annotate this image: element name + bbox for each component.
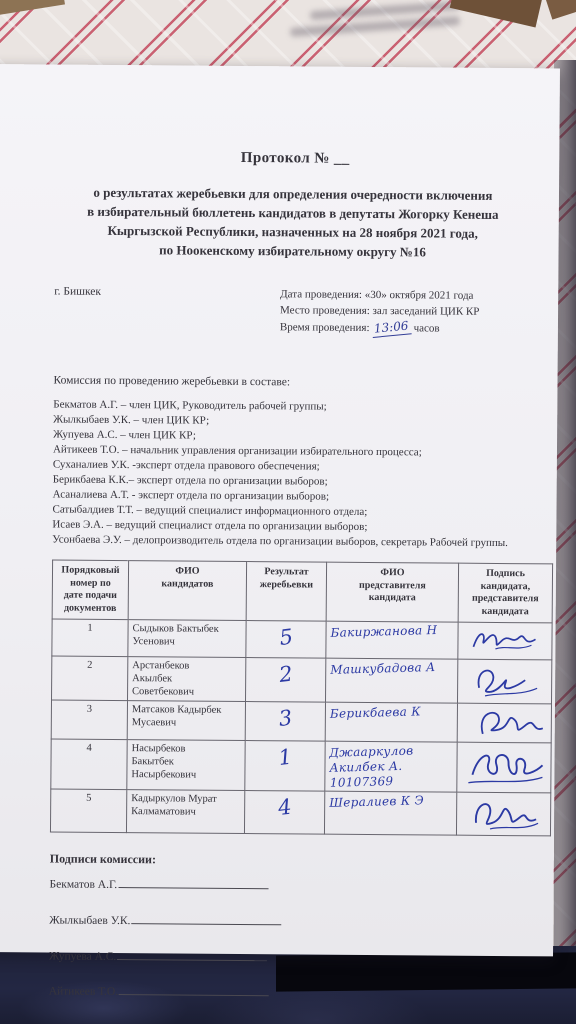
- table-row: 2 Арстанбеков Акылбек Советбекович 2 Маш…: [52, 656, 552, 704]
- city-label: г. Бишкек: [54, 285, 101, 334]
- date-line: Дата проведения: «30» октября 2021 года: [280, 287, 532, 305]
- order-number: 3: [51, 700, 127, 740]
- lottery-results-table: Порядковый номер по дате подачи документ…: [50, 560, 553, 837]
- document-title: Протокол № __: [55, 147, 535, 171]
- order-number: 5: [50, 789, 126, 833]
- handwritten-time: 13:06: [372, 318, 412, 339]
- time-line: Время проведения: 13:06 часов: [280, 319, 532, 338]
- order-number: 2: [52, 656, 128, 701]
- table-row: 3 Матсаков Кадырбек Мусаевич 3 Берикбаев…: [51, 700, 551, 743]
- commission-signature-line: Жупуева А.С.: [49, 948, 529, 968]
- signature-scribble: [462, 706, 546, 741]
- subtitle-line: по Ноокенскому избирательному округу №16: [56, 240, 528, 263]
- meta-block: Дата проведения: «30» октября 2021 года …: [280, 287, 532, 338]
- order-number: 1: [52, 619, 128, 657]
- signature-scribble: [463, 795, 543, 834]
- signature-rule: [119, 984, 269, 996]
- candidate-name: Кадыркулов Мурат Калмаматович: [126, 790, 244, 834]
- handwritten-result: 4: [276, 793, 293, 823]
- header-representative-name: ФИО представителя кандидата: [326, 562, 458, 622]
- handwritten-representative: Шералиев К Э: [329, 793, 452, 811]
- header-signature: Подпись кандидата, представителя кандида…: [458, 563, 552, 623]
- order-number: 4: [51, 739, 127, 790]
- document-sheet: Протокол № __ о результатах жеребьевки д…: [0, 64, 560, 956]
- table-row: 5 Кадыркулов Мурат Калмаматович 4 Шерали…: [50, 789, 550, 836]
- signature-scribble: [462, 745, 546, 790]
- handwritten-result: 5: [278, 623, 295, 653]
- handwritten-representative: Джааркулов Акилбек А. 10107369: [329, 743, 453, 791]
- candidate-name: Матсаков Кадырбек Мусаевич: [127, 701, 245, 741]
- handwritten-representative: Бакиржанова Н: [330, 623, 453, 641]
- handwritten-representative: Машкубадова А: [330, 660, 453, 678]
- commission-signatures-heading: Подписи комиссии:: [50, 850, 530, 870]
- document-content: Протокол № __ о результатах жеребьевки д…: [0, 64, 560, 1004]
- signer-name: Жылкыбаев У.К.: [49, 914, 130, 927]
- signature-rule: [118, 877, 268, 889]
- header-order-number: Порядковый номер по дате подачи документ…: [52, 560, 128, 620]
- time-suffix: часов: [414, 323, 440, 335]
- signature-rule: [131, 913, 281, 925]
- candidate-name: Насырбеков Бакытбек Насырбекович: [127, 740, 245, 791]
- handwritten-result: 1: [277, 743, 294, 773]
- meta-row: г. Бишкек Дата проведения: «30» октября …: [54, 285, 532, 338]
- signature-rule: [117, 949, 267, 961]
- commission-signature-line: Бекматов А.Г.: [49, 877, 529, 897]
- handwritten-result: 3: [277, 704, 294, 734]
- table-row: 4 Насырбеков Бакытбек Насырбекович 1 Джа…: [51, 739, 551, 793]
- commission-heading: Комиссия по проведению жеребьевки в сост…: [53, 374, 533, 393]
- candidate-name: Арстанбеков Акылбек Советбекович: [128, 657, 246, 702]
- header-candidate-name: ФИО кандидатов: [128, 561, 246, 621]
- signer-name: Жупуева А.С.: [49, 950, 116, 963]
- commission-member: Усонбаева Э.У. – делопроизводитель отдел…: [52, 533, 532, 552]
- candidate-name: Сыдыков Бактыбек Усенович: [128, 620, 246, 658]
- signature-scribble: [465, 662, 545, 701]
- table-row: 1 Сыдыков Бактыбек Усенович 5 Бакиржанов…: [52, 619, 552, 660]
- header-lottery-result: Результат жеребьевки: [246, 562, 326, 622]
- signature-scribble: [465, 625, 545, 658]
- table-header-row: Порядковый номер по дате подачи документ…: [52, 560, 552, 623]
- document-subtitle: о результатах жеребьевки для определения…: [56, 183, 529, 263]
- commission-signature-line: Жылкыбаев У.К.: [49, 912, 529, 932]
- handwritten-result: 2: [277, 660, 294, 690]
- commission-members-list: Бекматов А.Г. – член ЦИК, Руководитель р…: [52, 398, 533, 552]
- signer-name: Бекматов А.Г.: [50, 879, 118, 892]
- time-prefix: Время проведения:: [280, 322, 370, 335]
- signer-name: Айтикеев Т.О.: [49, 986, 118, 999]
- handwritten-representative: Берикбаева К: [330, 704, 453, 722]
